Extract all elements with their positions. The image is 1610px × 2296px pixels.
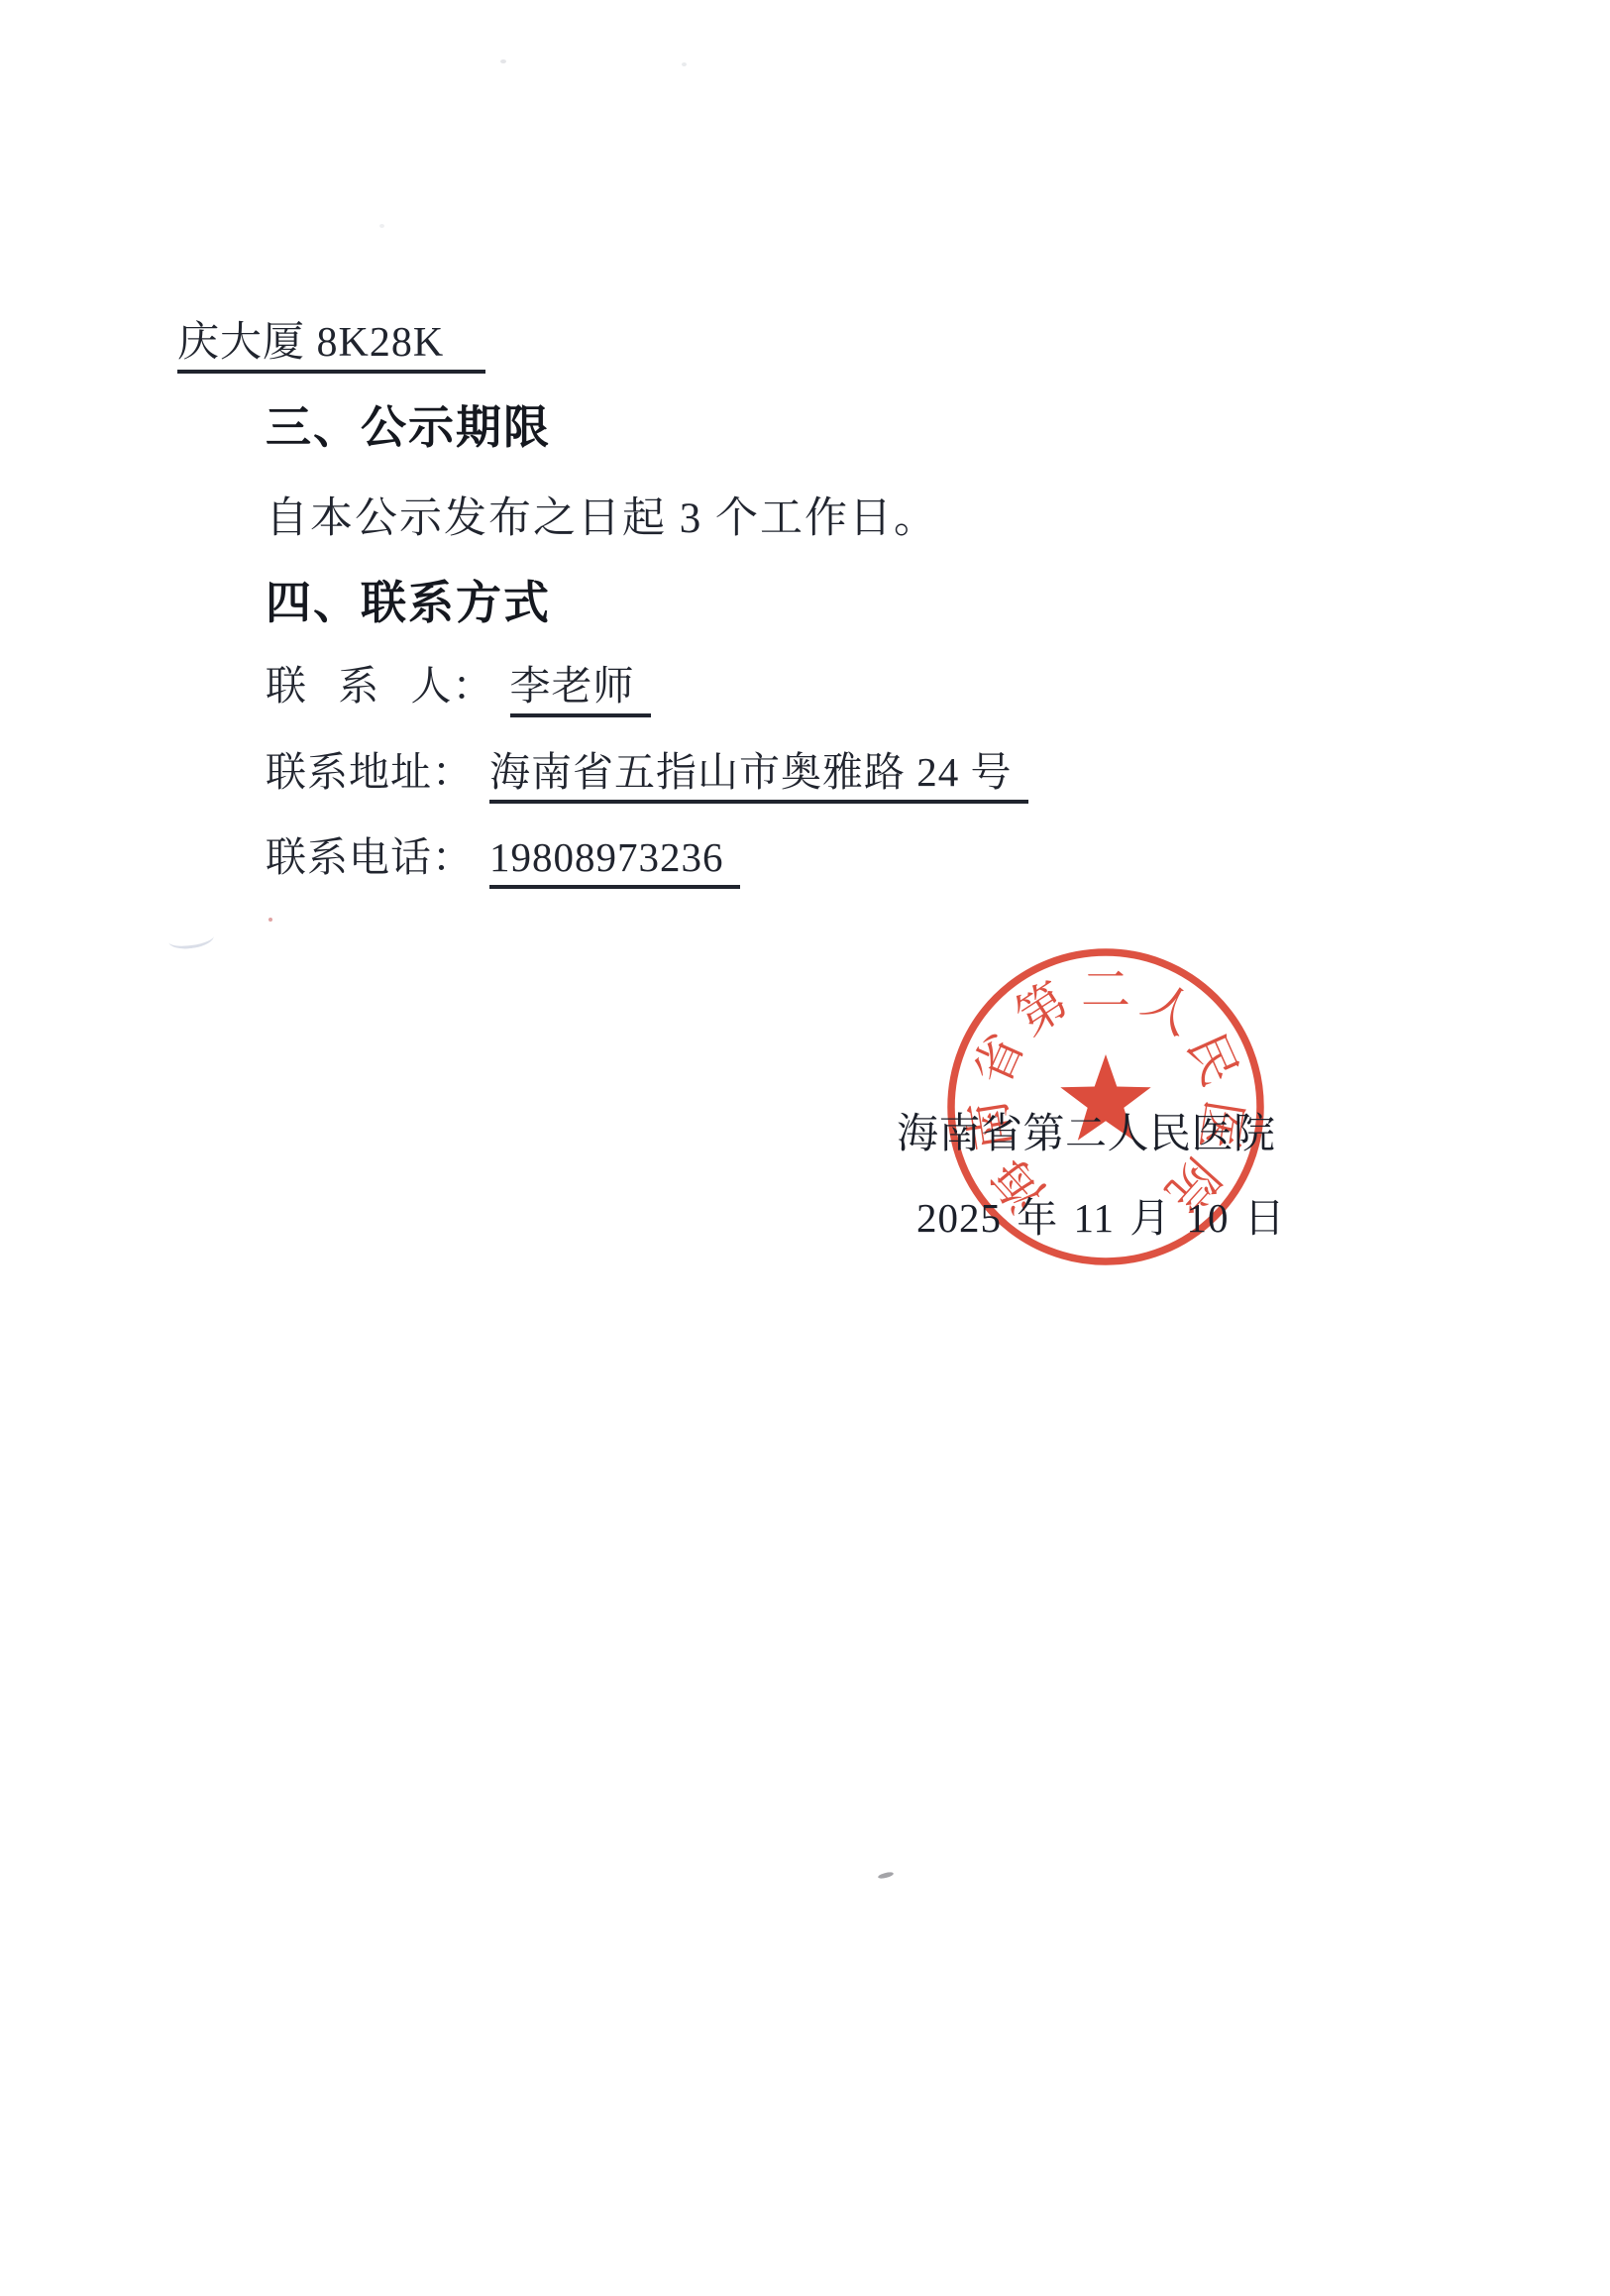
scan-artifact bbox=[500, 59, 506, 63]
scan-artifact bbox=[682, 62, 687, 66]
contact-address-value: 海南省五指山市奥雅路 24 号 bbox=[489, 749, 1028, 804]
scan-artifact bbox=[878, 1871, 895, 1880]
contact-phone-label: 联系电话： bbox=[266, 834, 474, 881]
contact-phone-value: 19808973236 bbox=[489, 834, 740, 889]
contact-address-label: 联系地址： bbox=[266, 749, 474, 796]
contact-person-label: 联 系 人： bbox=[266, 663, 494, 710]
scan-artifact bbox=[379, 224, 384, 228]
publicity-period-text: 自本公示发布之日起 3 个工作日。 bbox=[266, 494, 938, 543]
contact-phone-row: 联系电话：19808973236 bbox=[266, 834, 740, 889]
continued-text: 庆大厦 8K28K bbox=[177, 319, 485, 374]
section-heading-publicity-period: 三、公示期限 bbox=[266, 402, 551, 453]
scan-artifact bbox=[268, 918, 272, 922]
seal-arc-char: 省 bbox=[963, 1026, 1033, 1093]
contact-address-row: 联系地址：海南省五指山市奥雅路 24 号 bbox=[266, 749, 1028, 804]
contact-person-value: 李老师 bbox=[510, 663, 651, 717]
signature-organization: 海南省第二人民医院 bbox=[897, 1111, 1276, 1158]
section-heading-contact-info: 四、联系方式 bbox=[266, 578, 551, 628]
seal-arc-char: 二 bbox=[1081, 962, 1130, 1018]
signature-date: 2025 年 11 月 10 日 bbox=[916, 1195, 1286, 1242]
seal-arc-char: 民 bbox=[1177, 1026, 1247, 1093]
continued-text-line: 庆大厦 8K28K bbox=[177, 319, 485, 374]
scan-artifact bbox=[167, 927, 215, 951]
contact-person-row: 联 系 人：李老师 bbox=[266, 663, 651, 717]
